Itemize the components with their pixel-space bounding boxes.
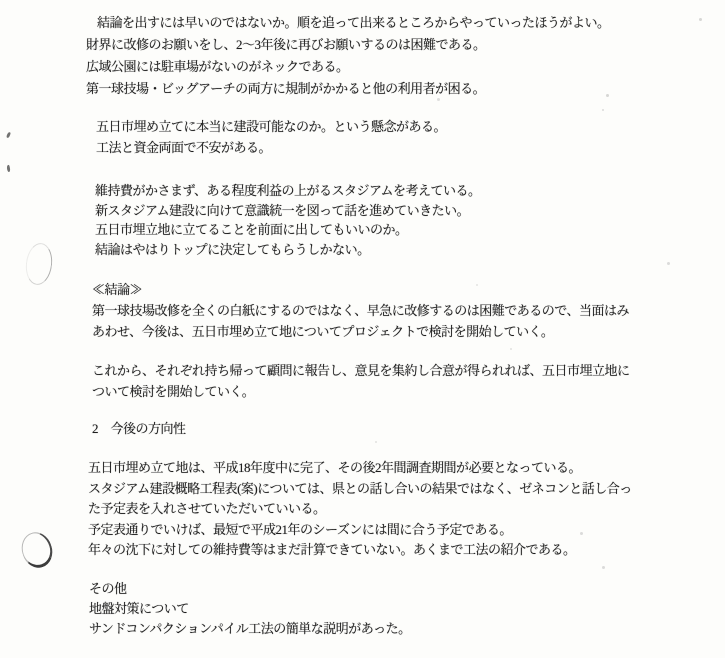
scan-noise-dot xyxy=(510,348,512,350)
scan-noise-dot xyxy=(580,532,583,535)
text-line: 維持費がかさまず、ある程度利益の上がるスタジアムを考えている。 xyxy=(95,181,481,201)
paragraph: これから、それぞれ持ち帰って顧問に報告し、意見を集約し合意が得られれば、五日市埋… xyxy=(92,361,630,402)
text-line: 財界に改修のお願いをし、2〜3年後に再びお願いするのは困難である。 xyxy=(86,34,610,56)
text-line: 結論はやはりトップに決定してもらうしかない。 xyxy=(95,240,481,260)
text-line: 新スタジアム建設に向けて意識統一を図って話を進めていきたい。 xyxy=(95,201,481,221)
text-line: ついて検討を開始していく。 xyxy=(92,382,630,403)
text-line: 第一球技場・ビッグアーチの両方に規制がかかると他の利用者が困る。 xyxy=(86,78,610,100)
text-line: 五日市埋立地に立てることを前面に出してもいいのか。 xyxy=(95,220,481,240)
faint-stamp-circle-mark xyxy=(24,242,55,287)
text-line: た予定表を入れさせていただいていいる。 xyxy=(88,499,632,520)
margin-ink-speck xyxy=(6,165,10,172)
scan-noise-dot xyxy=(606,94,609,97)
scan-noise-dot xyxy=(602,109,604,111)
paragraph: 五日市埋め立てに本当に建設可能なのか。という懸念がある。 工法と資金両面で不安が… xyxy=(96,116,446,158)
text-line: これから、それぞれ持ち帰って顧問に報告し、意見を集約し合意が得られれば、五日市埋… xyxy=(92,361,630,382)
text-line: 五日市埋め立てに本当に建設可能なのか。という懸念がある。 xyxy=(96,116,446,137)
section-heading-text: 2 今後の方向性 xyxy=(92,419,186,439)
paragraph-other: その他 地盤対策について サンドコンパクションパイル工法の簡単な説明があった。 xyxy=(89,579,411,639)
paragraph: 結論を出すには早いのではないか。順を追って出来るところからやっていったほうがよい… xyxy=(86,12,610,100)
scan-noise-dot xyxy=(667,262,670,265)
scan-noise-dot xyxy=(375,441,377,443)
conclusion-heading: ≪結論≫ xyxy=(92,279,629,300)
text-line: あわせ、今後は、五日市埋め立て地についてプロジェクトで検討を開始していく。 xyxy=(92,321,629,342)
paragraph: 五日市埋め立て地は、平成18年度中に完了、その後2年間調査期間が必要となっている… xyxy=(88,458,632,561)
scan-noise-dot xyxy=(437,98,440,101)
text-line: 地盤対策について xyxy=(89,599,411,619)
paragraph-conclusion: ≪結論≫ 第一球技場改修を全くの白紙にするのではなく、早急に改修するのは困難であ… xyxy=(92,279,629,342)
scan-noise-dot xyxy=(476,284,478,286)
text-line: 広域公園には駐車場がないのがネックである。 xyxy=(86,56,610,78)
text-line: 結論を出すには早いのではないか。順を追って出来るところからやっていったほうがよい… xyxy=(86,12,610,34)
scan-noise-dot xyxy=(699,18,702,21)
margin-ink-speck xyxy=(6,132,11,139)
text-line: その他 xyxy=(89,579,411,599)
text-line: 第一球技場改修を全くの白紙にするのではなく、早急に改修するのは困難であるので、当… xyxy=(92,300,629,321)
crescent-pen-mark xyxy=(17,528,57,572)
text-line: 工法と資金両面で不安がある。 xyxy=(96,137,446,158)
text-line: スタジアム建設概略工程表(案)については、県との話し合いの結果ではなく、ゼネコン… xyxy=(88,479,632,500)
section-heading: 2 今後の方向性 xyxy=(92,419,186,439)
text-line: 予定表通りでいけば、最短で平成21年のシーズンには間に合う予定である。 xyxy=(88,520,632,541)
text-line: サンドコンパクションパイル工法の簡単な説明があった。 xyxy=(89,619,411,639)
scanned-document-page: 結論を出すには早いのではないか。順を追って出来るところからやっていったほうがよい… xyxy=(0,0,725,658)
text-line: 五日市埋め立て地は、平成18年度中に完了、その後2年間調査期間が必要となっている… xyxy=(88,458,632,479)
scan-noise-dot xyxy=(602,566,605,569)
paragraph: 維持費がかさまず、ある程度利益の上がるスタジアムを考えている。 新スタジアム建設… xyxy=(95,181,481,259)
text-line: 年々の沈下に対しての維持費等はまだ計算できていない。あくまで工法の紹介である。 xyxy=(88,540,632,561)
